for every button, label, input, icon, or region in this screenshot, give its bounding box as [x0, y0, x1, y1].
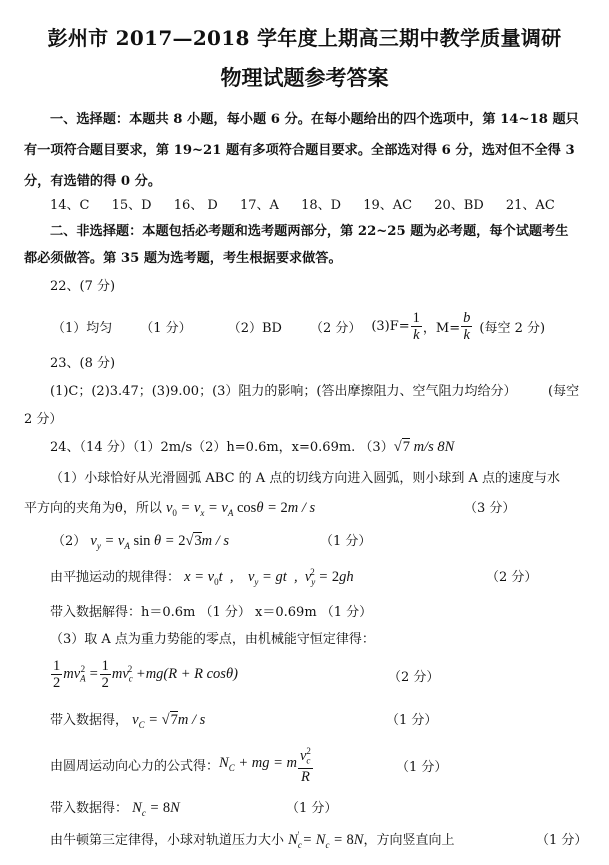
answer-key-row: 14、C 15、D 16、 D 17、A 18、D 19、AC 20、BD 21…: [50, 194, 555, 213]
q24-nc-line: 带入数据得： Nc = 8N: [50, 797, 180, 818]
q22-part3-score: (每空 2 分): [479, 317, 545, 336]
q24-projectile-score: （2 分）: [486, 566, 537, 585]
q22-part1: （1）均匀: [52, 317, 112, 336]
q22-header: 22、(7 分): [50, 275, 115, 294]
q24-energy-score: （2 分）: [388, 666, 439, 685]
q24-vc-line: 带入数据得， vC = √7m / s: [50, 709, 205, 730]
answer-15: 15、D: [112, 198, 152, 213]
q22-part2: （2）BD: [228, 317, 282, 336]
answer-17: 17、A: [240, 198, 279, 213]
fraction-m: bk: [461, 310, 472, 343]
answer-14: 14、C: [50, 198, 90, 213]
q24-projectile-line: 由平抛运动的规律得： x = v0t , vy = gt , vy2 = 2gh: [50, 566, 354, 587]
q22-part2-score: （2 分）: [310, 317, 361, 336]
q24-newton-line: 由牛顿第三定律得，小球对轨道压力大小 Nc' = Nc = 8N，方向竖直向上: [50, 829, 454, 850]
q24-part2-score: （1 分）: [320, 530, 371, 549]
q24-part1-score: （3 分）: [464, 497, 515, 516]
q24-centripetal-line: 由圆周运动向心力的公式得： NC + mg = m vc2R: [50, 744, 314, 784]
fraction-f: 1k: [411, 310, 422, 343]
answer-20: 20、BD: [434, 198, 484, 213]
answer-18: 18、D: [301, 198, 341, 213]
formula-projectile: x = v0t , vy = gt , vy2 = 2gh: [184, 569, 353, 585]
section1-intro-line1: 一、选择题：本题共 8 小题，每小题 6 分。在每小题给出的四个选项中，第 14…: [50, 108, 579, 127]
answer-21: 21、AC: [506, 198, 555, 213]
answer-19: 19、AC: [363, 198, 412, 213]
q24-header: 24、（14 分）（1）2m/s（2）h=0.6m，x=0.69m. （3）√7…: [50, 436, 454, 456]
q23-line1: (1)C；(2)3.47；(3)9.00；(3）阻力的影响；(答出摩擦阻力、空气…: [50, 380, 517, 399]
q24-nc-score: （1 分）: [286, 797, 337, 816]
q24-result-line: 带入数据解得：h＝0.6m （1 分） x＝0.69m （1 分）: [50, 601, 372, 620]
q24-part3-line: （3）取 A 点为重力势能的零点，由机械能守恒定律得：: [50, 628, 375, 647]
q24-part1-line1: （1）小球恰好从光滑圆弧 ABC 的 A 点的切线方向进入圆弧，则小球到 A 点…: [50, 467, 560, 486]
formula-vy: vy = vA sin θ = 2√3m / s: [90, 533, 229, 549]
answer-16: 16、 D: [174, 198, 218, 213]
q22-part1-score: （1 分）: [140, 317, 191, 336]
section2-intro-line1: 二、非选择题：本题包括必考题和选考题两部分，第 22~25 题为必考题，每个试题…: [50, 220, 569, 239]
section2-intro-line2: 都必须做答。第 35 题为选考题，考生根据要求做答。: [24, 247, 342, 266]
q24-part2-line: （2） vy = vA sin θ = 2√3m / s: [52, 530, 229, 551]
q24-part1-line2: 平方向的夹角为θ，所以 v0 = vx = vA cosθ = 2m / s: [24, 497, 315, 518]
section1-intro-line2: 有一项符合题目要求，第 19~21 题有多项符合题目要求。全部选对得 6 分，选…: [24, 139, 575, 158]
q24-centripetal-score: （1 分）: [396, 756, 447, 775]
q24-newton-score: （1 分）: [536, 829, 587, 848]
section1-intro-line3: 分，有选错的得 0 分。: [24, 170, 161, 189]
formula-energy: 12 mvA2 = 12 mvc2 + mg(R + R cosθ): [50, 654, 238, 694]
document-title: 彭州市 2017—2018 学年度上期高三期中教学质量调研: [0, 22, 609, 51]
q22-part3-prefix: (3)F=: [371, 319, 409, 334]
formula-v0: v0 = vx = vA cosθ = 2m / s: [166, 500, 315, 516]
q23-line1-score: (每空: [548, 380, 579, 399]
q22-answers: （1）均匀 （1 分） （2）BD （2 分） (3)F= 1k ，M= bk …: [52, 306, 545, 346]
q24-vc-score: （1 分）: [386, 709, 437, 728]
q23-header: 23、(8 分): [50, 352, 115, 371]
q22-part3-mid: ，M=: [423, 317, 460, 336]
q23-line2: 2 分）: [24, 408, 62, 427]
document-subtitle: 物理试题参考答案: [0, 62, 609, 92]
